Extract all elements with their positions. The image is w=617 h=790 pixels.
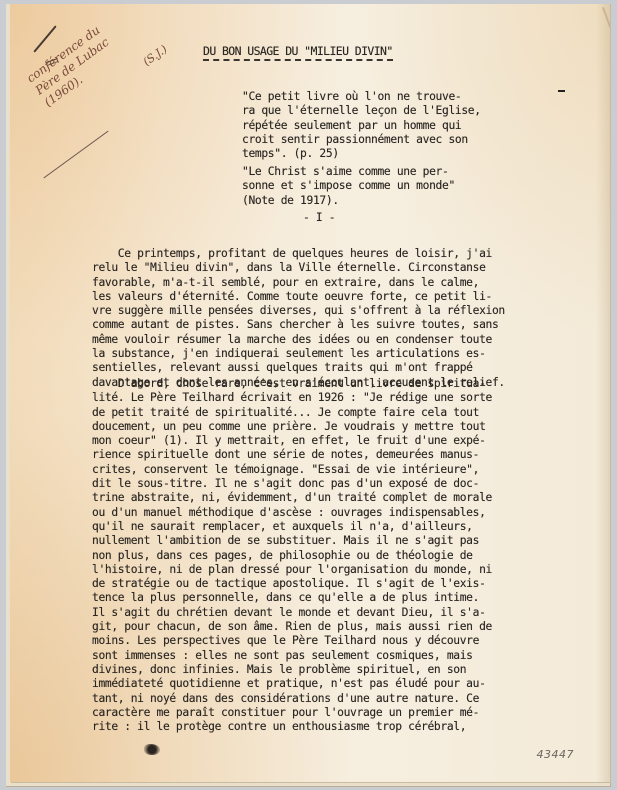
- body-paragraph: Ce printemps, profitant de quelques heur…: [92, 247, 505, 390]
- section-number: - I -: [303, 211, 335, 225]
- corner-fold: [595, 7, 610, 31]
- pen-stroke-mark: [33, 25, 56, 52]
- epigraph-quote: "Le Christ s'aime comme une per- sonne e…: [242, 165, 455, 208]
- epigraph-quote: "Ce petit livre où l'on ne trouve- ra qu…: [242, 90, 481, 161]
- pen-underline-mark: [43, 131, 108, 179]
- handwritten-annotation: conférence du Père de Lubac (1960).: [24, 23, 121, 111]
- ink-blot: [144, 744, 160, 755]
- document-page: conférence du Père de Lubac (1960). (S.J…: [10, 4, 610, 782]
- body-paragraph: D'abord, chose rare, c'est vraiment un l…: [92, 377, 492, 734]
- stray-ink-mark: [558, 90, 565, 92]
- document-title: DU BON USAGE DU "MILIEU DIVIN": [203, 44, 393, 61]
- handwritten-order-abbrev: (S.J.): [140, 42, 170, 69]
- archive-number: 43447: [537, 748, 575, 761]
